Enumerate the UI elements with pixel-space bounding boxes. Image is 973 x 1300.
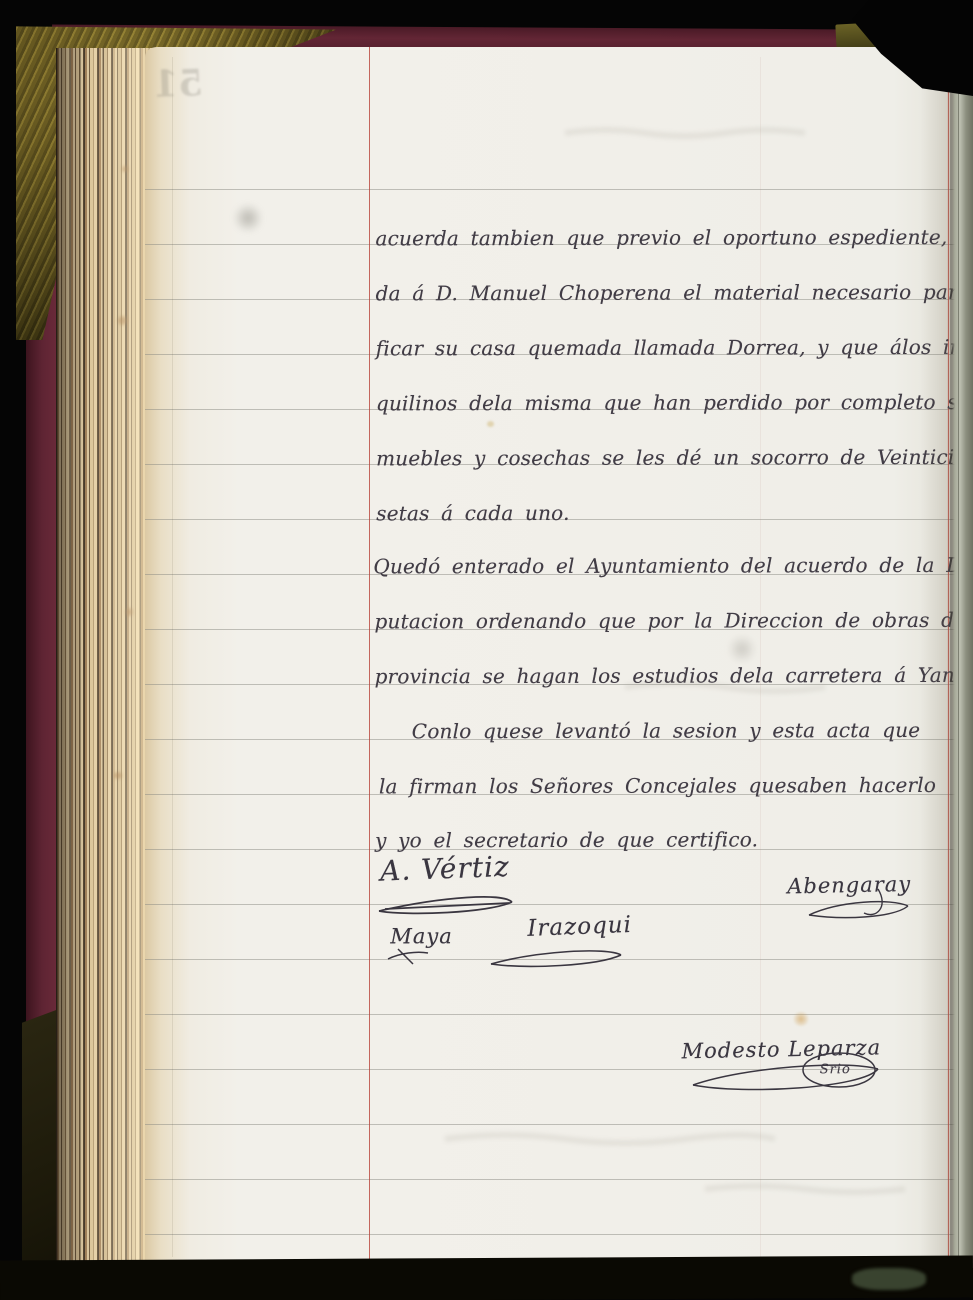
manuscript-line-10: Conlo quese levantó la sesion y esta act… [412, 718, 921, 743]
manuscript-line-1: acuerda tambien que previo el oportuno e… [375, 225, 973, 251]
page-stack-fore-edge [56, 48, 156, 1288]
manuscript-line-2: da á D. Manuel Choperena el material nec… [376, 280, 973, 306]
signature-esparza: Modesto Leparza [681, 1035, 881, 1063]
manuscript-line-3: ficar su casa quemada llamada Dorrea, y … [376, 335, 970, 361]
manuscript-line-4: quilinos dela misma que han perdido por … [376, 390, 973, 416]
signature-vertiz: A. Vértiz [380, 850, 511, 888]
signature-rubric-srio: Srio [820, 1062, 851, 1077]
fox-spot [114, 772, 122, 779]
manuscript-line-5: muebles y cosechas se les dé un socorro … [376, 445, 973, 471]
manuscript-page: 51 acuerda tambien que previo el oportun… [145, 47, 958, 1273]
signature-maya: Maya [390, 924, 452, 948]
signature-irazoqui: Irazoqui [527, 912, 633, 942]
manuscript-line-11: la firman los Señores Concejales quesabe… [379, 773, 936, 798]
manuscript-line-9: provincia se hagan los estudios dela car… [375, 663, 973, 689]
background-bottom-band [0, 1255, 973, 1300]
manuscript-line-6: setas á cada uno. [376, 501, 569, 526]
signature-abengaray: Abengaray [787, 872, 911, 898]
manuscript-text-block: acuerda tambien que previo el oportuno e… [145, 45, 961, 1273]
gutter-page-edge [950, 50, 973, 1268]
manuscript-line-7: Quedó enterado el Ayuntamiento del acuer… [373, 553, 973, 579]
scanned-minute-book: 51 acuerda tambien que previo el oportun… [0, 0, 973, 1300]
fox-spot [118, 316, 127, 325]
cover-edge-bottom-right [852, 1268, 926, 1290]
manuscript-line-8: putacion ordenando que por la Direccion … [374, 608, 973, 634]
fox-spot [126, 608, 133, 616]
fox-spot [122, 166, 128, 172]
manuscript-line-12: y yo el secretario de que certifico. [375, 827, 758, 852]
